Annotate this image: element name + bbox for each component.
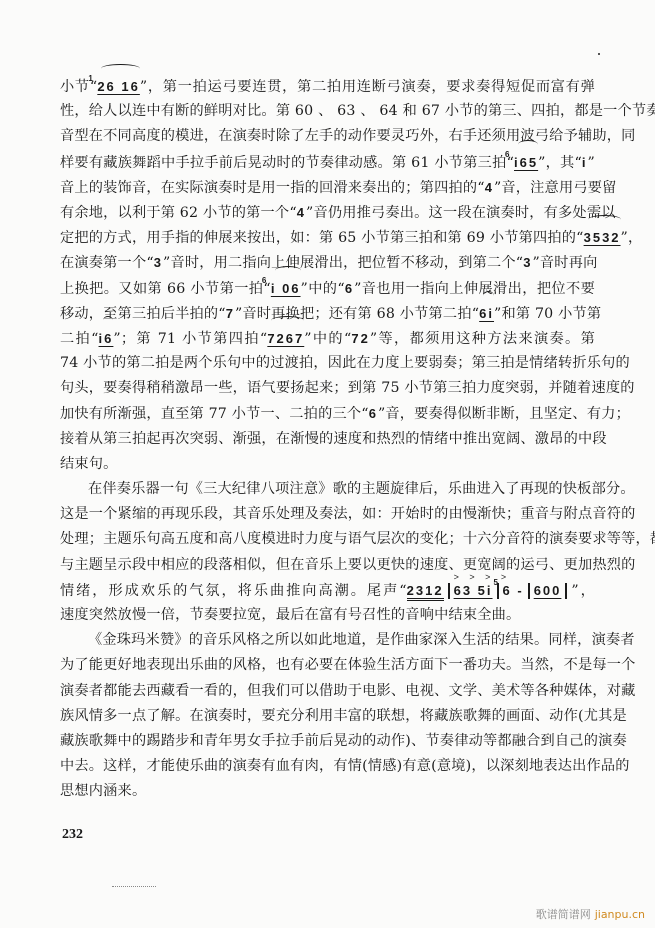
line-text: 移动，至第三拍后半拍的 bbox=[60, 306, 218, 322]
text-line: 样要有藏族舞蹈中手拉手前后晃动时的节奏律动感。第 61 小节第三拍“i656”，… bbox=[60, 150, 595, 175]
jianpu-notation: 3 bbox=[154, 250, 163, 275]
jianpu-notation: i6 bbox=[99, 326, 114, 351]
line-text: 《金珠玛米赞》的音乐风格之所以如此地道，是作曲家深入生活的结果。同样，演奏者 bbox=[88, 632, 635, 648]
jianpu-notation: 6 bbox=[345, 276, 354, 301]
text-line: 族风情多一点了解。在演奏时，要充分利用丰富的联想，将藏族歌舞的画面、动作(尤其是 bbox=[60, 704, 595, 729]
jianpu-notation: i 066 bbox=[271, 276, 301, 301]
line-text: ；第 71 小节第四拍 bbox=[121, 331, 260, 347]
line-text: 为了能更好地表现出乐曲的风格，也有必要在体验生活方面下一番功夫。当然，不是每一个 bbox=[60, 657, 636, 673]
text-line: 句头，要奏得稍稍激昂一些，语气要扬起来；到第 75 小节第三拍力度突弱，并随着速… bbox=[60, 376, 595, 401]
text-line: 性，给人以连中有断的鲜明对比。第 60 、 63 、 64 和 67 小节的第三… bbox=[60, 99, 595, 124]
paragraph-p1: 小节“26 161”，第一拍运弓要连贯，第二拍用连断弓演奏，要求奏得短促而富有弹… bbox=[60, 74, 595, 477]
bar-line bbox=[448, 583, 450, 599]
text-line: 小节“26 161”，第一拍运弓要连贯，第二拍用连断弓演奏，要求奏得短促而富有弹 bbox=[60, 74, 595, 99]
line-text: 在伴奏乐器一句《三大纪律八项注意》歌的主题旋律后，乐曲进入了再现的快板部分。 bbox=[88, 481, 635, 497]
line-text: 族风情多一点了解。在演奏时，要充分利用丰富的联想，将藏族歌舞的画面、动作(尤其是 bbox=[60, 708, 627, 724]
text-line: 情绪，形成欢乐的气氛，将乐曲推向高潮。尾声“231263 5i> > > >6 … bbox=[60, 578, 595, 603]
accent-marks: > > > > bbox=[454, 565, 493, 590]
slur-mark bbox=[101, 64, 140, 73]
line-text: 思想内涵来。 bbox=[60, 783, 146, 799]
coda-measure-2: 63 5i> > > > bbox=[454, 578, 493, 603]
text-line: 为了能更好地表现出乐曲的风格，也有必要在体验生活方面下一番功夫。当然，不是每一个 bbox=[60, 653, 595, 678]
jianpu-notation: 4 bbox=[297, 200, 306, 225]
notation-digits: 6i bbox=[479, 306, 494, 321]
text-line: 加快有所渐强，直至第 77 小节一、二拍的三个“6”音，要奏得似断非断，且坚定、… bbox=[60, 401, 595, 426]
line-text: 中去。这样，才能使乐曲的演奏有血有肉，有情(情感)有意(意境)，以深刻地表达出作… bbox=[60, 758, 630, 774]
line-text: 在演奏第一个 bbox=[60, 255, 146, 271]
line-text: 有余地，以利于第 62 小节的第一个 bbox=[60, 205, 289, 221]
text-line: 移动，至第三拍后半拍的“7”音时再换把；还有第 68 小节第二拍“6i”和第 7… bbox=[60, 301, 595, 326]
bar-line bbox=[528, 583, 530, 599]
measure-digits: 600 bbox=[534, 583, 562, 598]
line-text: 音，注意用弓要留 bbox=[501, 180, 616, 196]
line-text: ，其 bbox=[546, 155, 575, 171]
document-body: 小节“26 161”，第一拍运弓要连贯，第二拍用连断弓演奏，要求奏得短促而富有弹… bbox=[60, 74, 595, 804]
line-text: 速度突然放慢一倍，节奏要拉宽，最后在富有号召性的音响中结束全曲。 bbox=[60, 607, 520, 623]
notation-digits: 6 bbox=[345, 281, 354, 296]
slur-mark bbox=[518, 140, 538, 149]
slur-mark bbox=[483, 291, 494, 300]
notation-digits: 26 16 bbox=[97, 79, 140, 94]
jianpu-notation: 4 bbox=[485, 175, 494, 200]
notation-digits: i6 bbox=[99, 331, 114, 346]
text-line: 与主题呈示段中相应的段落相似，但在音乐上要以更快的速度、更宽阔的运弓、更加热烈的 bbox=[60, 553, 595, 578]
notation-digits: 6 bbox=[369, 406, 378, 421]
notation-digits: i bbox=[582, 155, 588, 170]
text-line: 藏族歌舞中的踢踏步和青年男女手拉手前后晃动的动作)、节奏律动等都融合到自己的演奏 bbox=[60, 729, 595, 754]
notation-digits: 7267 bbox=[267, 331, 304, 346]
notation-digits: 4 bbox=[297, 205, 306, 220]
text-line: 处理；主题乐句高五度和高八度模进时力度与语气层次的变化；十六分音符的演奏要求等等… bbox=[60, 527, 595, 552]
text-line: 74 小节的第二拍是两个乐句中的过渡拍，因此在力度上要弱奏；第三拍是情绪转折乐句… bbox=[60, 351, 595, 376]
line-text: 演奏者都能去西藏看一看的，但我们可以借助于电影、电视、文学、美术等各种媒体，对藏 bbox=[60, 683, 636, 699]
line-text: 等，都须用这种方法来演奏。第 bbox=[377, 331, 595, 347]
notation-digits: 4 bbox=[485, 180, 494, 195]
line-text: 音时，用二指向上伸展滑出，把位暂不移动，到第二个 bbox=[170, 255, 515, 271]
paragraph-p3: 《金珠玛米赞》的音乐风格之所以如此地道，是作曲家深入生活的结果。同样，演奏者为了… bbox=[60, 628, 595, 804]
text-line: 中去。这样，才能使乐曲的演奏有血有肉，有情(情感)有意(意境)，以深刻地表达出作… bbox=[60, 754, 595, 779]
coda-measure-4: 600 bbox=[534, 578, 562, 603]
coda-notation: “231263 5i> > > >6 -5600” bbox=[399, 583, 579, 599]
text-line: 速度突然放慢一倍，节奏要拉宽，最后在富有号召性的音响中结束全曲。 bbox=[60, 603, 595, 628]
measure-digits: 6 - bbox=[503, 583, 524, 598]
line-text: 性，给人以连中有断的鲜明对比。第 60 、 63 、 64 和 67 小节的第三… bbox=[60, 103, 655, 119]
line-text: 定把的方式，用手指的伸展来按出，如：第 65 小节第三拍和第 69 小节第四拍的 bbox=[60, 230, 576, 246]
text-line: 上换把。又如第 66 小节第一拍“i 066”中的“6”音也用一指向上伸展滑出，… bbox=[60, 276, 595, 301]
text-line: 定把的方式，用手指的伸展来按出，如：第 65 小节第三拍和第 69 小节第四拍的… bbox=[60, 225, 595, 250]
line-text: 句头，要奏得稍稍激昂一些，语气要扬起来；到第 75 小节第三拍力度突弱，并随着速… bbox=[60, 380, 635, 396]
line-text: ，第一拍运弓要连贯，第二拍用连断弓演奏，要求奏得短促而富有弹 bbox=[147, 79, 595, 95]
line-text: 音型在不同高度的模进，在演奏时除了左手的动作要灵巧外，右手还须用波弓给予辅助，同 bbox=[60, 128, 636, 144]
text-line: 音型在不同高度的模进，在演奏时除了左手的动作要灵巧外，右手还须用波弓给予辅助，同 bbox=[60, 124, 595, 149]
line-text: 这是一个紧缩的再现乐段，其音乐处理及奏法，如：开始时的由慢渐快；重音与附点音符的 bbox=[60, 506, 636, 522]
scan-speck bbox=[598, 53, 600, 55]
line-text: 74 小节的第二拍是两个乐句中的过渡拍，因此在力度上要弱奏；第三拍是情绪转折乐句… bbox=[60, 355, 630, 371]
line-text: 上换把。又如第 66 小节第一拍 bbox=[60, 281, 263, 297]
grace-note: 6 bbox=[262, 268, 266, 293]
line-text: 音也用一指向上伸展滑出，把位不要 bbox=[362, 281, 595, 297]
notation-digits: i 06 bbox=[271, 281, 301, 296]
text-line: 思想内涵来。 bbox=[60, 779, 595, 804]
slur-mark bbox=[275, 266, 301, 275]
notation-digits: 3 bbox=[154, 255, 163, 270]
line-text: 与主题呈示段中相应的段落相似，但在音乐上要以更快的速度、更宽阔的运弓、更加热烈的 bbox=[60, 557, 636, 573]
line-text: 加快有所渐强，直至第 77 小节一、二拍的三个 bbox=[60, 406, 361, 422]
line-text: 接着从第三拍起再次突弱、渐强，在渐慢的速度和热烈的情绪中推出宽阔、激昂的中段 bbox=[60, 431, 607, 447]
line-text: 处理；主题乐句高五度和高八度模进时力度与语气层次的变化；十六分音符的演奏要求等等… bbox=[60, 531, 655, 547]
coda-measure-3: 6 -5 bbox=[503, 578, 524, 603]
line-text: ， bbox=[579, 583, 595, 599]
measure-digits: 2312 bbox=[407, 583, 444, 598]
page-number: 232 bbox=[62, 827, 83, 843]
line-text: 音时再向 bbox=[540, 255, 598, 271]
text-line: 结束句。 bbox=[60, 452, 595, 477]
watermark-cn: 歌谱简谱网 bbox=[536, 908, 591, 921]
jianpu-notation: i656 bbox=[514, 150, 538, 175]
text-line: 在演奏第一个“3”音时，用二指向上伸展滑出，把位暂不移动，到第二个“3”音时再向 bbox=[60, 250, 595, 275]
line-text: 二拍 bbox=[60, 331, 91, 347]
notation-digits: 3 bbox=[523, 255, 532, 270]
slur-mark bbox=[271, 316, 304, 325]
notation-digits: 7 bbox=[226, 306, 235, 321]
text-line: 《金珠玛米赞》的音乐风格之所以如此地道，是作曲家深入生活的结果。同样，演奏者 bbox=[60, 628, 595, 653]
line-text: 音上的装饰音，在实际演奏时是用一指的回滑来奏出的；第四拍的 bbox=[60, 180, 477, 196]
paragraph-p2: 在伴奏乐器一句《三大纪律八项注意》歌的主题旋律后，乐曲进入了再现的快板部分。这是… bbox=[60, 477, 595, 628]
watermark: 歌谱简谱网jianpu.cn bbox=[536, 906, 645, 922]
line-text: 结束句。 bbox=[60, 456, 118, 472]
jianpu-notation: 7267 bbox=[267, 326, 304, 351]
text-line: 在伴奏乐器一句《三大纪律八项注意》歌的主题旋律后，乐曲进入了再现的快板部分。 bbox=[60, 477, 595, 502]
notation-digits: i65 bbox=[514, 155, 538, 170]
notation-digits: 72 bbox=[351, 331, 369, 346]
line-text: 音，要奏得似断非断，且坚定、有力； bbox=[385, 406, 630, 422]
jianpu-notation: 6 bbox=[369, 401, 378, 426]
text-line: 二拍“i6”；第 71 小节第四拍“7267”中的“72”等，都须用这种方法来演… bbox=[60, 326, 595, 351]
line-text: 和第 70 小节第 bbox=[501, 306, 601, 322]
line-text: 中的 bbox=[312, 331, 344, 347]
line-text: 音仍用推弓奏出。这一段在演奏时，有多处需以 bbox=[313, 205, 615, 221]
text-line: 演奏者都能去西藏看一看的，但我们可以借助于电影、电视、文学、美术等各种媒体，对藏 bbox=[60, 679, 595, 704]
jianpu-notation: 26 161 bbox=[97, 74, 140, 99]
line-text: 情绪，形成欢乐的气氛，将乐曲推向高潮。尾声 bbox=[60, 583, 399, 599]
watermark-site: jianpu.cn bbox=[595, 908, 645, 921]
scan-artifact bbox=[112, 886, 156, 889]
jianpu-notation: 6i bbox=[479, 301, 494, 326]
grace-note: 5 bbox=[494, 570, 498, 595]
notation-digits: 3532 bbox=[584, 230, 621, 245]
jianpu-notation: 3532 bbox=[584, 225, 621, 250]
grace-note: 1 bbox=[88, 66, 92, 91]
text-line: 有余地，以利于第 62 小节的第一个“4”音仍用推弓奏出。这一段在演奏时，有多处… bbox=[60, 200, 595, 225]
jianpu-notation: 72 bbox=[351, 326, 369, 351]
jianpu-notation: 3 bbox=[523, 250, 532, 275]
text-line: 音上的装饰音，在实际演奏时是用一指的回滑来奏出的；第四拍的“4”音，注意用弓要留 bbox=[60, 175, 595, 200]
line-text: 样要有藏族舞蹈中手拉手前后晃动时的节奏律动感。第 61 小节第三拍 bbox=[60, 155, 507, 171]
jianpu-notation: i bbox=[582, 150, 588, 175]
grace-note: 6 bbox=[505, 142, 509, 167]
text-line: 接着从第三拍起再次突弱、渐强，在渐慢的速度和热烈的情绪中推出宽阔、激昂的中段 bbox=[60, 427, 595, 452]
slur-mark bbox=[588, 215, 621, 224]
line-text: 中的 bbox=[308, 281, 337, 297]
jianpu-notation: 7 bbox=[226, 301, 235, 326]
line-text: 小节 bbox=[60, 79, 90, 95]
text-line: 这是一个紧缩的再现乐段，其音乐处理及奏法，如：开始时的由慢渐快；重音与附点音符的 bbox=[60, 502, 595, 527]
line-text: 藏族歌舞中的踢踏步和青年男女手拉手前后晃动的动作)、节奏律动等都融合到自己的演奏 bbox=[60, 733, 627, 749]
coda-measure-1: 2312 bbox=[407, 584, 444, 601]
line-text: ， bbox=[628, 230, 642, 246]
slur-mark bbox=[103, 316, 114, 325]
bar-line bbox=[565, 583, 567, 599]
